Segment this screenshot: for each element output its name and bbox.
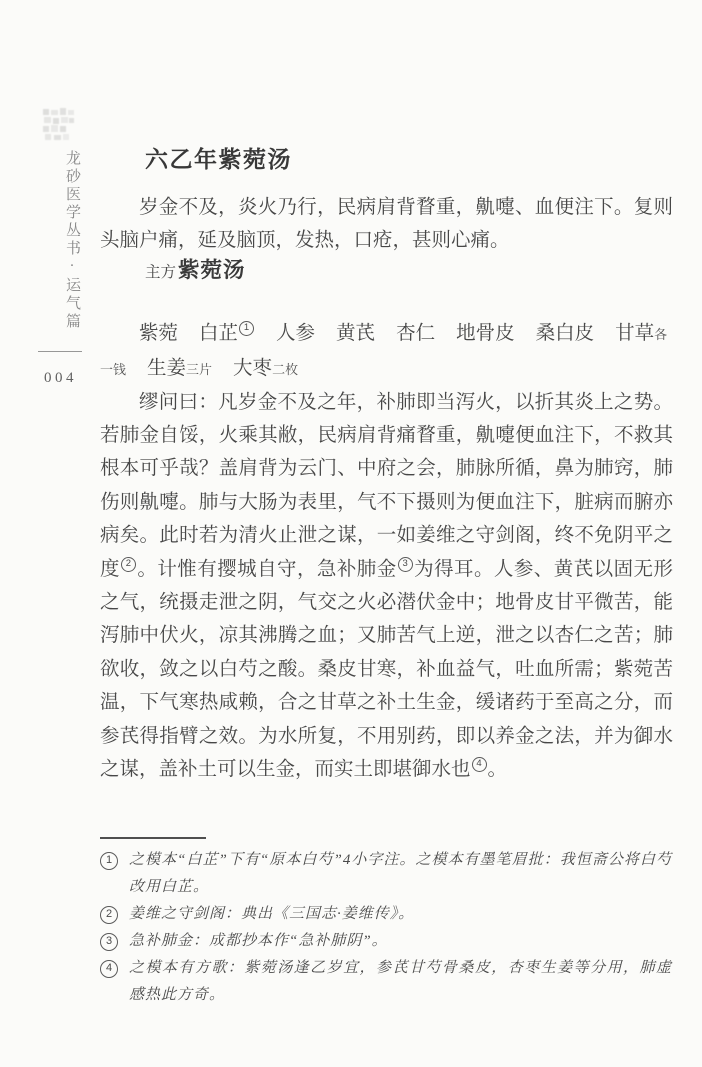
ingredient-item: 杏仁 <box>396 323 435 344</box>
ingredient-name: 桑白皮 <box>536 323 595 344</box>
page-number: 004 <box>44 370 77 387</box>
prescription-heading: 主方紫菀汤 <box>145 253 246 284</box>
ingredient-item: 人参 <box>276 323 315 344</box>
ingredient-item: 地骨皮 <box>456 323 515 344</box>
footnote-ref-marker: 4 <box>472 757 487 772</box>
series-title-vertical: 龙砂医学丛书·运气篇 <box>62 150 83 331</box>
footnote-ref-marker: 1 <box>239 321 254 336</box>
footnote: 2姜维之守剑阁：典出《三国志·姜维传》。 <box>100 901 672 928</box>
ingredient-name: 地骨皮 <box>456 323 515 344</box>
ingredient-item: 大枣二枚 <box>233 358 298 379</box>
footnote-separator <box>100 837 206 839</box>
footnote-number: 3 <box>100 933 118 951</box>
ingredient-dose: 二枚 <box>272 362 298 377</box>
ingredient-name: 甘草 <box>615 323 654 344</box>
footnote-number: 1 <box>100 852 118 870</box>
ingredient-name: 白芷 <box>199 323 238 344</box>
footnote-text: 姜维之守剑阁：典出《三国志·姜维传》。 <box>129 906 414 922</box>
ingredient-item: 白芷1 <box>199 323 255 344</box>
ingredient-item: 黄芪 <box>336 323 375 344</box>
footnote: 4之模本有方歌：紫菀汤逢乙岁宜，参芪甘芍骨桑皮，杏枣生姜等分用，肺虚感热此方奇。 <box>100 955 672 1009</box>
book-page: { "colors": { "paper": "#fbfbf9", "ink":… <box>0 0 702 1067</box>
footnote-ref-marker: 2 <box>121 557 136 572</box>
footnote: 1之模本“白芷”下有“原本白芍”4小字注。之模本有墨笔眉批：我恒斋公将白芍改用白… <box>100 847 672 901</box>
footnote-text: 急补肺金：成都抄本作“急补肺阴”。 <box>129 933 388 949</box>
ingredient-name: 生姜 <box>147 358 186 379</box>
prescription-label: 主方 <box>145 264 176 281</box>
ingredient-item: 紫菀 <box>139 323 178 344</box>
prescription-name: 紫菀汤 <box>178 258 246 282</box>
ingredient-name: 紫菀 <box>139 323 178 344</box>
footnote-text: 之模本“白芷”下有“原本白芍”4小字注。之模本有墨笔眉批：我恒斋公将白芍改用白芷… <box>129 852 672 895</box>
footnote-text: 之模本有方歌：紫菀汤逢乙岁宜，参芪甘芍骨桑皮，杏枣生姜等分用，肺虚感热此方奇。 <box>129 960 672 1003</box>
ingredient-name: 人参 <box>276 323 315 344</box>
page-number-rule <box>38 351 82 352</box>
ingredient-name: 大枣 <box>233 358 272 379</box>
intro-paragraph: 岁金不及，炎火乃行，民病肩背瞀重，鼽嚏、血便注下。复则头脑户痛，延及脑顶，发热，… <box>100 191 673 257</box>
ingredient-item: 桑白皮 <box>536 323 595 344</box>
ingredient-dose: 三片 <box>186 362 212 377</box>
commentary-paragraph: 缪问曰：凡岁金不及之年，补肺即当泻火，以折其炎上之势。若肺金自馁，火乘其敝，民病… <box>100 386 673 787</box>
footnote-number: 4 <box>100 960 118 978</box>
footnote-list: 1之模本“白芷”下有“原本白芍”4小字注。之模本有墨笔眉批：我恒斋公将白芍改用白… <box>100 847 672 1009</box>
footnote: 3急补肺金：成都抄本作“急补肺阴”。 <box>100 928 672 955</box>
chapter-title: 六乙年紫菀汤 <box>145 141 292 174</box>
ingredient-name: 黄芪 <box>336 323 375 344</box>
footnote-number: 2 <box>100 906 118 924</box>
ingredient-item: 生姜三片 <box>147 358 212 379</box>
ingredient-list: 紫菀白芷1人参黄芪杏仁地骨皮桑白皮甘草各一钱生姜三片大枣二枚 <box>100 317 673 387</box>
footnote-ref-marker: 3 <box>398 557 413 572</box>
ingredient-name: 杏仁 <box>396 323 435 344</box>
collection-seal-stamp-icon <box>42 108 75 142</box>
